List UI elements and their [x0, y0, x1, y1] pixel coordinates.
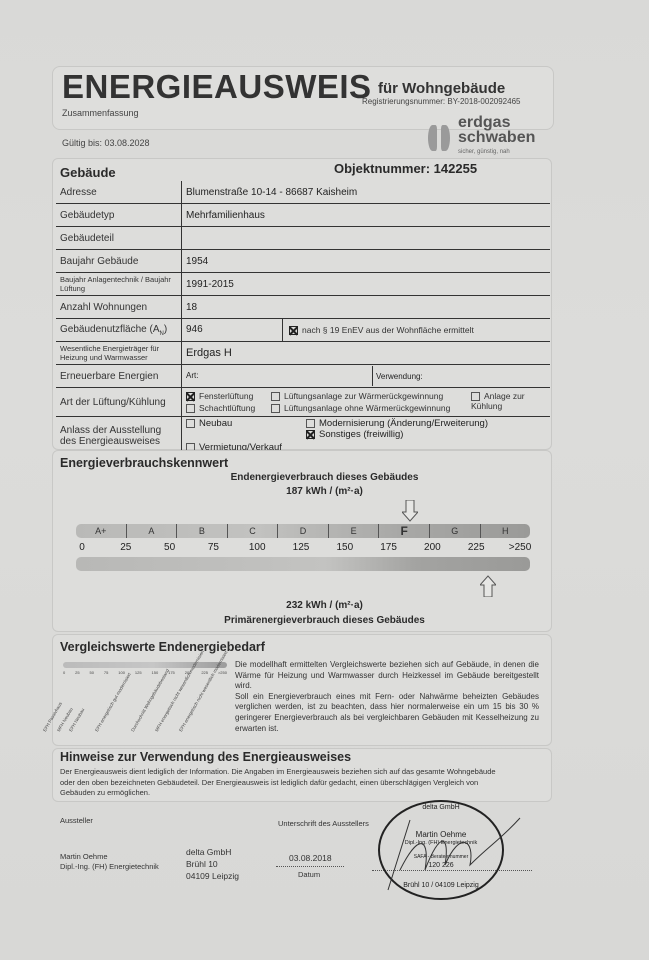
logo-line2: schwaben [458, 130, 535, 145]
renewable-use-label: Verwendung: [373, 372, 423, 381]
energy-class-h: H [481, 524, 531, 538]
checkbox-checked-icon[interactable] [186, 392, 195, 401]
document-title: ENERGIEAUSWEIS [62, 68, 372, 106]
primary-energy-value: 232 kWh / (m²·a) [0, 600, 649, 611]
signature-label: Unterschrift des Ausstellers [278, 819, 369, 828]
primary-energy-label: Primärenergieverbrauch dieses Gebäudes [0, 615, 649, 626]
energy-class-f: F [379, 524, 430, 538]
date-line [276, 866, 344, 867]
table-row: Gebäudeteil [56, 227, 550, 250]
end-energy-arrow-icon [402, 500, 418, 522]
end-energy-value: 187 kWh / (m²·a) [0, 486, 649, 497]
checkbox-checked-icon[interactable] [306, 430, 315, 439]
summary-label: Zusammenfassung [62, 108, 139, 118]
erdgas-flame-logo-icon [428, 125, 450, 151]
object-number: Objektnummer: 142255 [334, 161, 477, 176]
scale-ticks: 0255075100125150175200225>250 [76, 542, 530, 554]
table-row: AdresseBlumenstraße 10-14 - 86687 Kaishe… [56, 181, 550, 204]
comparison-mini-scale [63, 662, 227, 668]
energy-class-d: D [278, 524, 329, 538]
scale-tick: 200 [424, 542, 441, 553]
scale-tick: 75 [208, 542, 219, 553]
issuer-street: Brühl 10 [186, 859, 218, 869]
issuer-label: Aussteller [60, 816, 93, 825]
checkbox-icon[interactable] [271, 392, 280, 401]
primary-energy-arrow-icon [480, 575, 496, 597]
energy-class-e: E [329, 524, 380, 538]
scale-tick: 50 [164, 542, 175, 553]
valid-until: Gültig bis: 03.08.2028 [62, 138, 150, 148]
scale-tick: 0 [79, 542, 85, 553]
energy-class-g: G [430, 524, 481, 538]
logo-line1: erdgas [458, 115, 535, 130]
document-subtitle: für Wohngebäude [378, 80, 505, 97]
comparison-heading: Vergleichswerte Endenergiebedarf [60, 640, 265, 654]
table-row: GebäudetypMehrfamilienhaus [56, 204, 550, 227]
table-row: Baujahr Anlagentechnik / Baujahr Lüftung… [56, 273, 550, 296]
registration-number: Registrierungsnummer: BY-2018-002092465 [362, 97, 520, 106]
scale-tick: 25 [120, 542, 131, 553]
issuer-title: Dipl.-Ing. (FH) Energietechnik [60, 862, 159, 871]
table-row: Anlass der Ausstellung des Energieauswei… [56, 417, 550, 455]
energy-class-a: A [127, 524, 178, 538]
date-label: Datum [298, 870, 320, 879]
table-row: Baujahr Gebäude1954 [56, 250, 550, 273]
renewable-art-label: Art: [182, 366, 373, 386]
floor-area-note: nach § 19 EnEV aus der Wohnfläche ermitt… [302, 325, 474, 335]
checkbox-icon[interactable] [186, 404, 195, 413]
table-row: Erneuerbare Energien Art: Verwendung: [56, 365, 550, 388]
checkbox-icon[interactable] [306, 419, 315, 428]
notes-text: Der Energieausweis dient lediglich der I… [60, 767, 500, 799]
scale-tick: 100 [249, 542, 266, 553]
energy-class-scale: A+ABCDEFGH [76, 524, 530, 538]
consumption-heading: Energieverbrauchskennwert [60, 456, 228, 470]
scale-tick: 225 [468, 542, 485, 553]
comparison-text: Die modellhaft ermittelten Vergleichswer… [235, 660, 539, 734]
table-row: Wesentliche Energieträger für Heizung un… [56, 342, 550, 365]
checkbox-icon[interactable] [186, 419, 195, 428]
building-heading: Gebäude [60, 165, 116, 180]
energy-class-b: B [177, 524, 228, 538]
table-row: Anzahl Wohnungen18 [56, 296, 550, 319]
scale-tick: 125 [293, 542, 310, 553]
issuer-company: delta GmbH [186, 847, 231, 857]
building-table: AdresseBlumenstraße 10-14 - 86687 Kaishe… [56, 181, 550, 454]
floor-area-value: 946 [182, 319, 283, 341]
erdgas-schwaben-logo: erdgas schwaben sicher, günstig, nah [428, 115, 535, 160]
comparison-mini-ticks: 0255075100125150175200225>250 [63, 670, 227, 675]
scale-tick: 175 [380, 542, 397, 553]
checkbox-icon[interactable] [471, 392, 480, 401]
signature-scribble [380, 810, 530, 900]
issue-date: 03.08.2018 [289, 853, 332, 863]
issuer-city: 04109 Leipzig [186, 871, 239, 881]
checkbox-icon[interactable] [271, 404, 280, 413]
checkbox-checked-icon[interactable] [289, 326, 298, 335]
scale-tick: 150 [336, 542, 353, 553]
table-row: Gebäudenutzfläche (AN) 946 nach § 19 EnE… [56, 319, 550, 342]
bleed-through-text [20, 10, 620, 30]
notes-heading: Hinweise zur Verwendung des Energieauswe… [60, 750, 351, 764]
energy-class-aplus: A+ [76, 524, 127, 538]
primary-energy-scale [76, 557, 530, 571]
scale-tick: >250 [509, 542, 532, 553]
issuer-name: Martin Oehme [60, 852, 108, 861]
end-energy-label: Endenergieverbrauch dieses Gebäudes [0, 472, 649, 483]
energy-class-c: C [228, 524, 279, 538]
table-row: Art der Lüftung/Kühlung Fensterlüftung L… [56, 388, 550, 417]
